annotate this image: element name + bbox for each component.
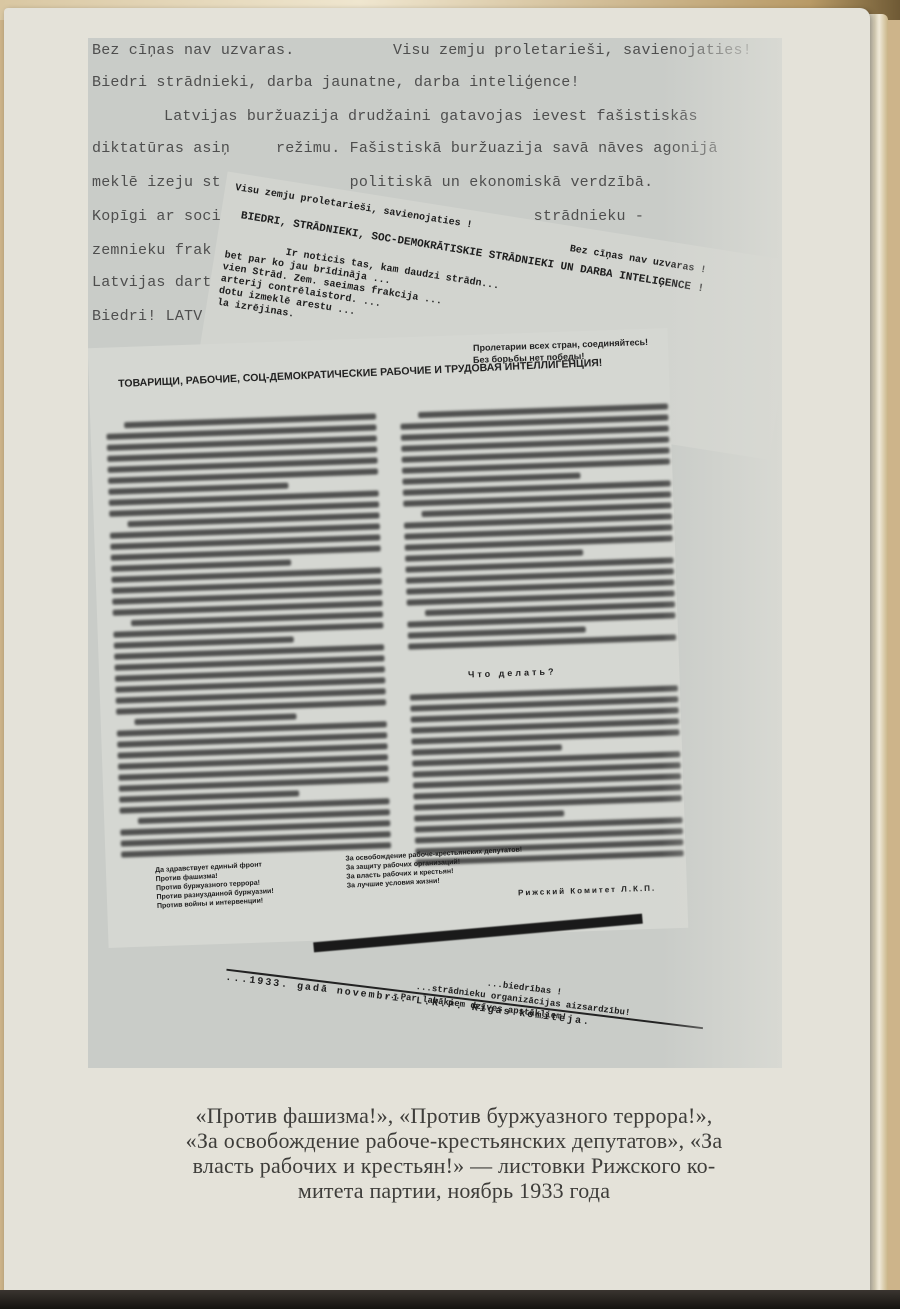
leaflet-line: Latvijas dart bbox=[92, 274, 212, 291]
leaflet-line: diktatūras asiņ režimu. Fašistiskā buržu… bbox=[92, 140, 718, 157]
caption-line: митета партии, ноябрь 1933 года bbox=[114, 1178, 794, 1203]
caption-line: «За освобождение рабоче-крестьянских деп… bbox=[114, 1128, 794, 1153]
closing-left-slogans: Да здравствует единый фронт Против фашиз… bbox=[155, 860, 275, 911]
caption-line: власть рабочих и крестьян!» — листовки Р… bbox=[114, 1153, 794, 1178]
leaflet-line: meklē izeju st politiskā un ekonomiskā v… bbox=[92, 174, 653, 191]
leaflet-address: Biedri strādnieki, darba jaunatne, darba… bbox=[92, 74, 580, 91]
book-page: Bez cīņas nav uzvaras. Visu zemju prolet… bbox=[4, 8, 870, 1298]
caption-line: «Против фашизма!», «Против буржуазного т… bbox=[114, 1103, 794, 1128]
figure-caption: «Против фашизма!», «Против буржуазного т… bbox=[114, 1103, 794, 1203]
bottom-latvian-leaflet: ...biedrības ! ...strādnieku organizācij… bbox=[226, 958, 734, 1068]
leaflet-line: Biedri! LATV bbox=[92, 308, 202, 325]
slogan-left: Bez cīņas nav uzvaras. bbox=[92, 42, 294, 59]
leaflet-photo-plate: Bez cīņas nav uzvaras. Visu zemju prolet… bbox=[88, 38, 782, 1068]
leaflet-line: Latvijas buržuazija drudžaini gatavojas … bbox=[164, 108, 698, 125]
leaflet-line: zemnieku frak bbox=[92, 242, 212, 259]
page-shadow bbox=[0, 1290, 900, 1309]
